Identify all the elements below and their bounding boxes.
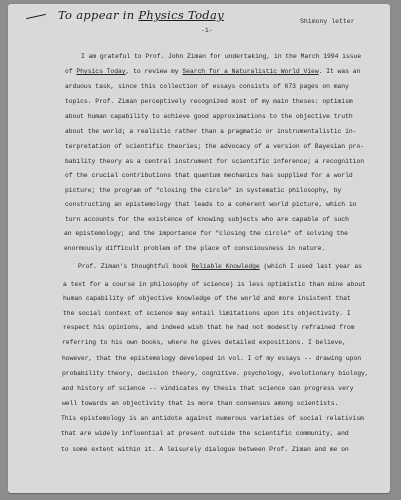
text-line: well towards an objectivity that is more…: [62, 400, 338, 407]
text-segment: , to review my: [126, 68, 183, 75]
text-line: topics. Prof. Ziman perceptively recogni…: [65, 98, 353, 105]
text-line: of the crucial contributions that quantu…: [65, 172, 353, 179]
text-line: of Physics Today, to review my Search fo…: [65, 68, 360, 75]
text-line: referring to his own books, where he giv…: [62, 339, 346, 346]
text-segment: of: [65, 68, 76, 75]
text-segment: probability theory, decision theory, cog…: [62, 370, 369, 377]
text-line: and history of science -- vindicates my …: [62, 385, 353, 392]
text-segment: arduous task, since this collection of e…: [65, 83, 349, 90]
text-segment: referring to his own books, where he giv…: [62, 339, 346, 346]
text-segment: that are widely influential at present o…: [61, 430, 349, 437]
text-line: the social context of science may entail…: [63, 310, 351, 317]
text-line: however, that the epistemology developed…: [62, 355, 361, 362]
text-segment: of the crucial contributions that quantu…: [65, 172, 353, 179]
text-line: to some extent within it. A leisurely di…: [61, 446, 349, 453]
text-segment: enormously difficult problem of the plac…: [64, 245, 325, 252]
handwritten-prefix: To appear in: [58, 8, 134, 22]
text-line: constructing an epistemology that leads …: [65, 201, 356, 208]
text-segment: to some extent within it. A leisurely di…: [61, 446, 349, 453]
handwritten-note: To appear in Physics Today: [26, 8, 224, 22]
text-segment: and history of science -- vindicates my …: [62, 385, 353, 392]
text-line: a text for a course in philosophy of sci…: [63, 281, 366, 288]
text-segment: about human capability to achieve good a…: [65, 113, 353, 120]
underlined-title: Search for a Naturalistic World View: [182, 68, 318, 75]
text-segment: bability theory as a central instrument …: [65, 158, 364, 165]
text-segment: human capability of objective knowledge …: [63, 295, 351, 302]
pen-stroke-mark: [26, 13, 46, 18]
text-line: human capability of objective knowledge …: [63, 295, 351, 302]
text-segment: constructing an epistemology that leads …: [65, 201, 356, 208]
text-segment: an epistemology; and the importance for …: [64, 230, 348, 237]
text-segment: (which I used last year as: [260, 263, 362, 270]
underlined-title: Reliable Knowledge: [192, 263, 260, 270]
text-line: probability theory, decision theory, cog…: [62, 370, 369, 377]
text-segment: . It was an: [319, 68, 361, 75]
text-line: turn accounts for the existence of knowi…: [65, 216, 349, 223]
text-segment: topics. Prof. Ziman perceptively recogni…: [65, 98, 353, 105]
text-segment: Prof. Ziman's thoughtful book: [78, 263, 192, 270]
text-segment: a text for a course in philosophy of sci…: [63, 281, 366, 288]
text-line: respect his opinions, and indeed wish th…: [63, 324, 354, 331]
text-line: that are widely influential at present o…: [61, 430, 349, 437]
text-line: I am grateful to Prof. John Ziman for un…: [81, 53, 361, 60]
text-segment: about the world; a realistic rather than…: [65, 128, 356, 135]
text-segment: turn accounts for the existence of knowi…: [65, 216, 349, 223]
text-segment: however, that the epistemology developed…: [62, 355, 361, 362]
text-segment: well towards an objectivity that is more…: [62, 400, 338, 407]
text-segment: This epistemology is an antidote against…: [61, 415, 364, 422]
text-line: This epistemology is an antidote against…: [61, 415, 364, 422]
text-line: bability theory as a central instrument …: [65, 158, 364, 165]
text-line: terpretation of scientific theories; the…: [65, 143, 364, 150]
text-segment: the social context of science may entail…: [63, 310, 351, 317]
page-number: -1-: [201, 27, 213, 34]
document-tag: Shimony letter: [300, 18, 355, 25]
handwritten-journal: Physics Today: [138, 8, 224, 22]
text-line: Prof. Ziman's thoughtful book Reliable K…: [78, 263, 362, 270]
text-line: an epistemology; and the importance for …: [64, 230, 348, 237]
text-line: about human capability to achieve good a…: [65, 113, 353, 120]
text-segment: I am grateful to Prof. John Ziman for un…: [81, 53, 361, 60]
underlined-title: Physics Today: [76, 68, 125, 75]
text-line: picture; the program of "closing the cir…: [65, 187, 341, 194]
text-segment: terpretation of scientific theories; the…: [65, 143, 364, 150]
text-segment: picture; the program of "closing the cir…: [65, 187, 341, 194]
text-line: arduous task, since this collection of e…: [65, 83, 349, 90]
text-segment: respect his opinions, and indeed wish th…: [63, 324, 354, 331]
text-line: enormously difficult problem of the plac…: [64, 245, 325, 252]
text-line: about the world; a realistic rather than…: [65, 128, 356, 135]
